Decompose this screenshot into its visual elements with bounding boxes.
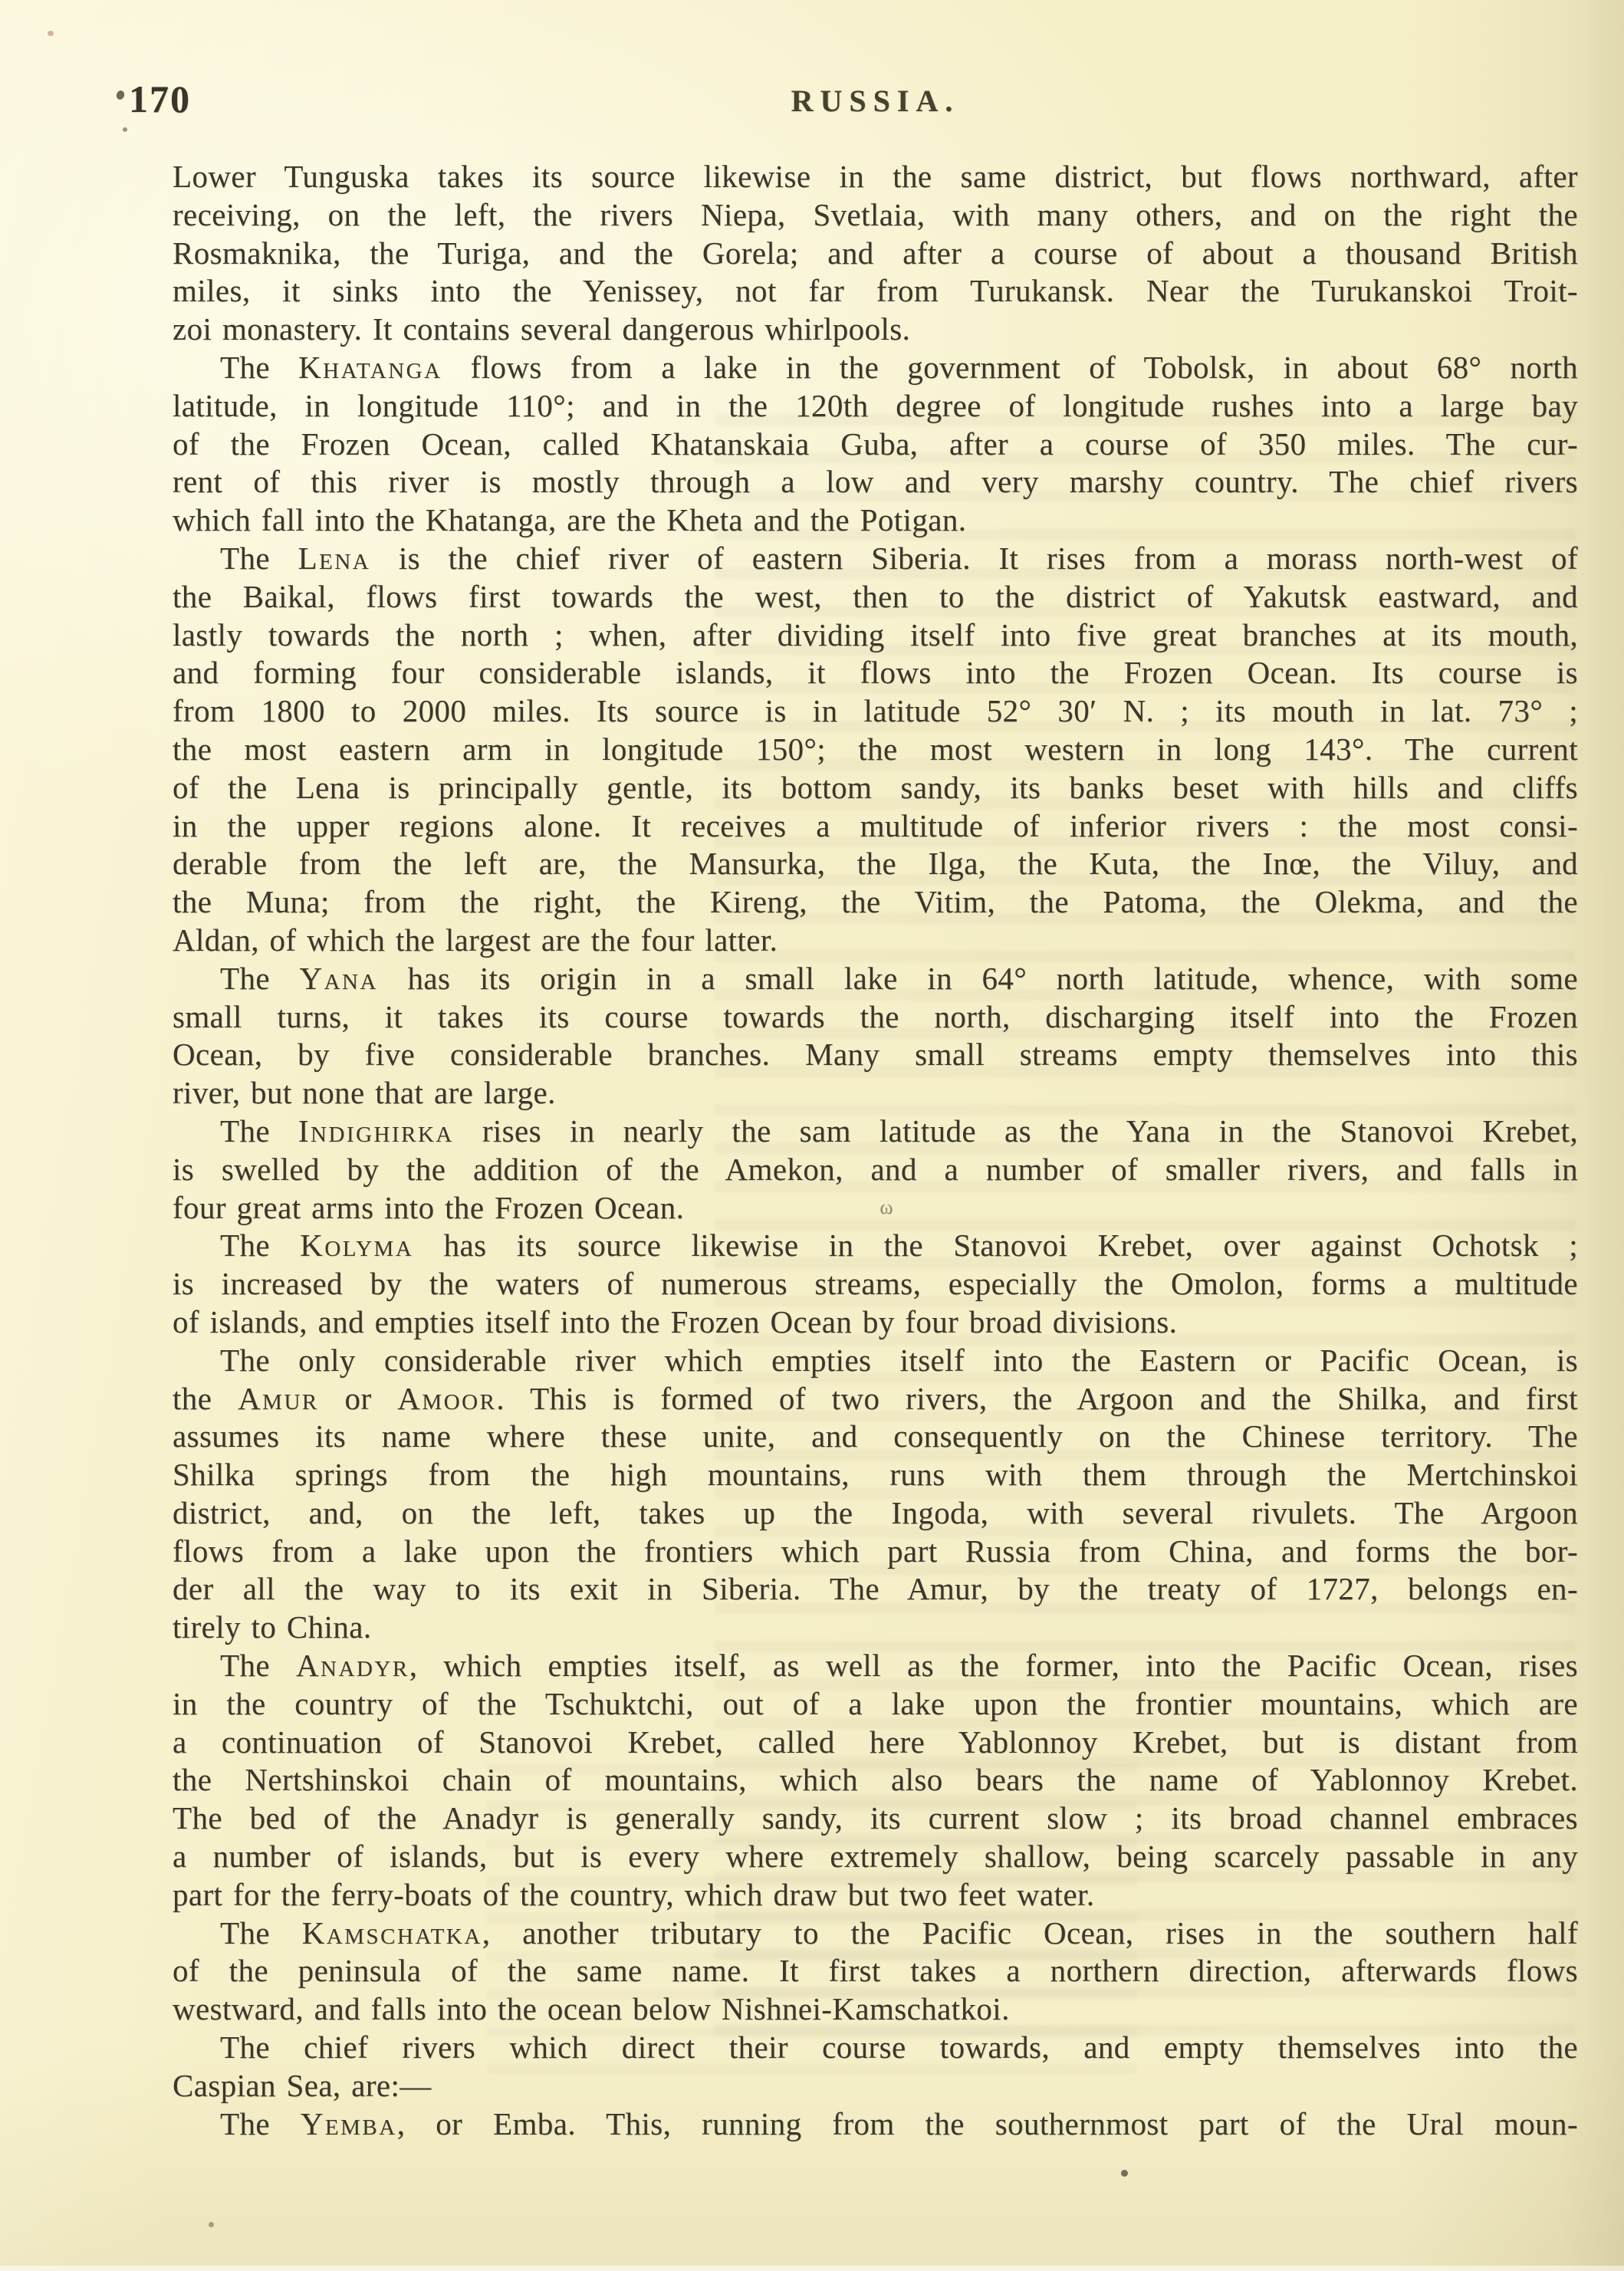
text-line: derable from the left are, the Mansurka,…: [173, 845, 1578, 883]
paragraph-10: The chief rivers which direct their cour…: [173, 2029, 1578, 2105]
text-segment: latitude, in longitude 110°; and in the …: [173, 388, 1578, 423]
page-body: Lower Tunguska takes its source likewise…: [173, 158, 1578, 2143]
river-name-smallcaps: Lena: [298, 541, 371, 576]
text-segment: in the country of the Tschuktchi, out of…: [173, 1686, 1578, 1721]
text-segment: The: [220, 961, 299, 996]
text-segment: of islands, and empties itself into the …: [173, 1304, 1177, 1339]
text-segment: Ocean, by five considerable branches. Ma…: [173, 1037, 1578, 1072]
text-line: the Nertshinskoi chain of mountains, whi…: [173, 1761, 1578, 1799]
river-name-smallcaps: Yana: [299, 961, 377, 996]
text-line: in the upper regions alone. It receives …: [173, 807, 1578, 846]
river-name-smallcaps: Amoor: [397, 1381, 496, 1416]
text-segment: of the Frozen Ocean, called Khatanskaia …: [173, 426, 1578, 462]
text-line: is increased by the waters of numerous s…: [173, 1265, 1578, 1303]
text-segment: which fall into the Khatanga, are the Kh…: [173, 502, 966, 537]
text-segment: The: [220, 350, 298, 385]
text-line: in the country of the Tschuktchi, out of…: [173, 1685, 1578, 1724]
text-segment: assumes its name where these unite, and …: [173, 1418, 1578, 1454]
text-segment: of the Lena is principally gentle, its b…: [173, 770, 1578, 805]
paragraph-6: The Kolyma has its source likewise in th…: [173, 1227, 1578, 1341]
text-segment: from 1800 to 2000 miles. Its source is i…: [173, 693, 1578, 728]
river-name-smallcaps: Kamschatka: [302, 1915, 482, 1951]
text-line: of the Lena is principally gentle, its b…: [173, 769, 1578, 807]
text-line: Ocean, by five considerable branches. Ma…: [173, 1036, 1578, 1074]
text-line: and forming four considerable islands, i…: [173, 654, 1578, 692]
text-line: westward, and falls into the ocean below…: [173, 1990, 1578, 2029]
text-segment: has its source likewise in the Stanovoi …: [413, 1228, 1578, 1263]
text-segment: is swelled by the addition of the Amekon…: [173, 1152, 1578, 1187]
text-line: The chief rivers which direct their cour…: [173, 2029, 1578, 2067]
text-segment: the Muna; from the right, the Kireng, th…: [173, 884, 1578, 919]
text-segment: miles, it sinks into the Yenissey, not f…: [173, 273, 1578, 308]
text-line: The Khatanga flows from a lake in the go…: [173, 349, 1578, 387]
text-segment: the Baikal, flows first towards the west…: [173, 579, 1578, 614]
paragraph-7: The only considerable river which emptie…: [173, 1342, 1578, 1647]
text-segment: Lower Tunguska takes its source likewise…: [173, 159, 1578, 194]
text-segment: Aldan, of which the largest are the four…: [173, 922, 777, 958]
text-segment: river, but none that are large.: [173, 1075, 556, 1110]
text-segment: , another tributary to the Pacific Ocean…: [482, 1915, 1578, 1951]
text-line: Caspian Sea, are:—: [173, 2067, 1578, 2105]
text-line: Rosmaknika, the Turiga, and the Gorela; …: [173, 235, 1578, 273]
text-segment: flows from a lake upon the frontiers whi…: [173, 1533, 1578, 1569]
text-line: der all the way to its exit in Siberia. …: [173, 1570, 1578, 1609]
text-line: of the Frozen Ocean, called Khatanskaia …: [173, 426, 1578, 464]
paragraph-5: The Indighirka rises in nearly the sam l…: [173, 1112, 1578, 1227]
text-segment: rises in nearly the sam latitude as the …: [454, 1113, 1578, 1149]
text-segment: The bed of the Anadyr is generally sandy…: [173, 1800, 1578, 1836]
text-line: of the peninsula of the same name. It fi…: [173, 1952, 1578, 1990]
text-line: Aldan, of which the largest are the four…: [173, 922, 1578, 960]
text-segment: part for the ferry-boats of the country,…: [173, 1877, 1095, 1912]
text-line: from 1800 to 2000 miles. Its source is i…: [173, 692, 1578, 731]
paragraph-8: The Anadyr, which empties itself, as wel…: [173, 1647, 1578, 1914]
text-segment: The chief rivers which direct their cour…: [220, 2029, 1578, 2065]
text-segment: the Nertshinskoi chain of mountains, whi…: [173, 1762, 1578, 1797]
river-name-smallcaps: Khatanga: [298, 350, 442, 385]
text-line: assumes its name where these unite, and …: [173, 1418, 1578, 1456]
text-line: lastly towards the north ; when, after d…: [173, 616, 1578, 655]
text-segment: lastly towards the north ; when, after d…: [173, 617, 1578, 652]
text-segment: flows from a lake in the government of T…: [442, 350, 1578, 385]
text-segment: , or Emba. This, running from the southe…: [397, 2106, 1578, 2141]
text-segment: a continuation of Stanovoi Krebet, calle…: [173, 1724, 1578, 1760]
text-segment: The: [220, 2106, 301, 2141]
river-name-smallcaps: Yemba: [301, 2106, 397, 2141]
text-segment: The: [220, 1113, 298, 1149]
text-line: a number of islands, but is every where …: [173, 1838, 1578, 1876]
text-segment: district, and, on the left, takes up the…: [173, 1495, 1578, 1530]
paragraph-9: The Kamschatka, another tributary to the…: [173, 1914, 1578, 2029]
text-line: The bed of the Anadyr is generally sandy…: [173, 1799, 1578, 1838]
text-line: four great arms into the Frozen Ocean.ω: [173, 1189, 1578, 1228]
ink-speck: [1121, 2170, 1128, 2177]
text-segment: is increased by the waters of numerous s…: [173, 1266, 1578, 1301]
text-segment: and forming four considerable islands, i…: [173, 655, 1578, 690]
text-segment: der all the way to its exit in Siberia. …: [173, 1571, 1578, 1606]
text-line: the Baikal, flows first towards the west…: [173, 578, 1578, 616]
ink-speck: [209, 2222, 214, 2227]
text-segment: The: [220, 541, 298, 576]
river-name-smallcaps: Amur: [238, 1381, 319, 1416]
text-segment: a number of islands, but is every where …: [173, 1839, 1578, 1874]
text-segment: is the chief river of eastern Siberia. I…: [370, 541, 1578, 576]
text-segment: The: [220, 1648, 296, 1683]
running-head: RUSSIA.: [173, 83, 1578, 119]
text-segment: has its origin in a small lake in 64° no…: [378, 961, 1578, 996]
ink-speck: [115, 90, 126, 101]
river-name-smallcaps: Indighirka: [298, 1113, 454, 1149]
text-line: The Kamschatka, another tributary to the…: [173, 1914, 1578, 1953]
text-line: zoi monastery. It contains several dange…: [173, 311, 1578, 349]
text-segment: four great arms into the Frozen Ocean.: [173, 1190, 684, 1225]
river-name-smallcaps: Anadyr: [296, 1648, 409, 1683]
text-segment: in the upper regions alone. It receives …: [173, 808, 1578, 843]
paragraph-11: The Yemba, or Emba. This, running from t…: [173, 2105, 1578, 2144]
text-line: the Muna; from the right, the Kireng, th…: [173, 883, 1578, 922]
scan-edge-strip: [0, 2266, 1624, 2271]
text-line: miles, it sinks into the Yenissey, not f…: [173, 272, 1578, 311]
text-line: part for the ferry-boats of the country,…: [173, 1876, 1578, 1914]
text-line: receiving, on the left, the rivers Niepa…: [173, 196, 1578, 235]
text-line: Lower Tunguska takes its source likewise…: [173, 158, 1578, 196]
text-line: the most eastern arm in longitude 150°; …: [173, 731, 1578, 769]
text-line: The Yemba, or Emba. This, running from t…: [173, 2105, 1578, 2144]
text-line: rent of this river is mostly through a l…: [173, 463, 1578, 501]
paragraph-3: The Lena is the chief river of eastern S…: [173, 540, 1578, 960]
text-line: river, but none that are large.: [173, 1074, 1578, 1112]
book-page: 170 RUSSIA. Lower Tunguska takes its sou…: [0, 0, 1624, 2271]
text-line: latitude, in longitude 110°; and in the …: [173, 387, 1578, 426]
text-segment: westward, and falls into the ocean below…: [173, 1991, 1010, 2026]
text-line: The only considerable river which emptie…: [173, 1342, 1578, 1380]
river-name-smallcaps: Kolyma: [300, 1228, 413, 1263]
text-segment: The: [220, 1915, 302, 1951]
text-line: of islands, and empties itself into the …: [173, 1303, 1578, 1342]
text-segment: Caspian Sea, are:—: [173, 2068, 432, 2103]
text-line: The Indighirka rises in nearly the sam l…: [173, 1112, 1578, 1151]
text-segment: . This is formed of two rivers, the Argo…: [496, 1381, 1578, 1416]
text-segment: the: [173, 1381, 238, 1416]
text-line: flows from a lake upon the frontiers whi…: [173, 1533, 1578, 1571]
text-segment: Shilka springs from the high mountains, …: [173, 1457, 1578, 1492]
ink-speck: [48, 31, 54, 36]
text-line: small turns, it takes its course towards…: [173, 998, 1578, 1037]
paragraph-1: Lower Tunguska takes its source likewise…: [173, 158, 1578, 349]
text-line: the Amur or Amoor. This is formed of two…: [173, 1380, 1578, 1418]
paragraph-4: The Yana has its origin in a small lake …: [173, 960, 1578, 1112]
text-segment: tirely to China.: [173, 1609, 372, 1645]
text-line: The Anadyr, which empties itself, as wel…: [173, 1647, 1578, 1685]
text-segment: The only considerable river which emptie…: [220, 1343, 1578, 1378]
text-line: The Yana has its origin in a small lake …: [173, 960, 1578, 998]
text-line: a continuation of Stanovoi Krebet, calle…: [173, 1724, 1578, 1762]
text-segment: The: [220, 1228, 300, 1263]
text-segment: , which empties itself, as well as the f…: [409, 1648, 1578, 1683]
text-segment: derable from the left are, the Mansurka,…: [173, 846, 1578, 881]
text-segment: small turns, it takes its course towards…: [173, 999, 1578, 1034]
paragraph-2: The Khatanga flows from a lake in the go…: [173, 349, 1578, 540]
text-segment: the most eastern arm in longitude 150°; …: [173, 731, 1578, 767]
text-line: tirely to China.: [173, 1609, 1578, 1647]
text-line: The Lena is the chief river of eastern S…: [173, 540, 1578, 578]
text-segment: rent of this river is mostly through a l…: [173, 464, 1578, 499]
text-line: The Kolyma has its source likewise in th…: [173, 1227, 1578, 1265]
text-line: which fall into the Khatanga, are the Kh…: [173, 501, 1578, 540]
text-segment: Rosmaknika, the Turiga, and the Gorela; …: [173, 235, 1578, 271]
text-segment: of the peninsula of the same name. It fi…: [173, 1953, 1578, 1988]
text-line: is swelled by the addition of the Amekon…: [173, 1151, 1578, 1189]
ink-speck: [123, 127, 127, 132]
text-segment: or: [319, 1381, 398, 1416]
text-line: Shilka springs from the high mountains, …: [173, 1456, 1578, 1494]
text-segment: zoi monastery. It contains several dange…: [173, 311, 910, 347]
ink-blemish-mark: ω: [879, 1188, 893, 1227]
text-line: district, and, on the left, takes up the…: [173, 1494, 1578, 1533]
text-segment: receiving, on the left, the rivers Niepa…: [173, 197, 1578, 232]
